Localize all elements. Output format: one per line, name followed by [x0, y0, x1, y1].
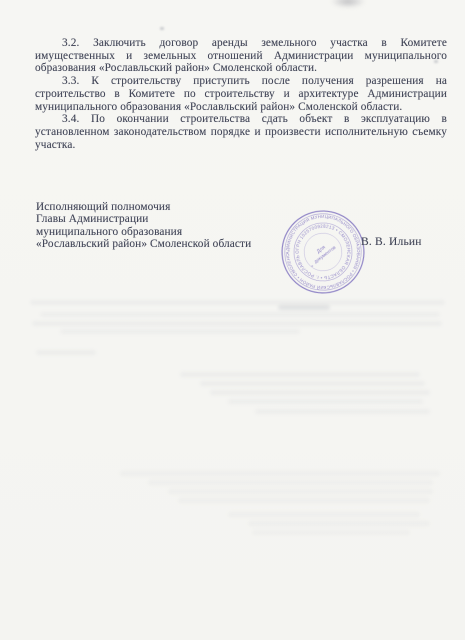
signature-block: Исполняющий полномочия Главы Администрац…	[36, 201, 286, 250]
text-line: строительство в Комитете по строительств…	[35, 88, 447, 101]
bleedthrough-row	[32, 321, 442, 326]
bleedthrough-row	[120, 471, 440, 476]
bleedthrough-row	[180, 372, 420, 377]
text-line: муниципального образования «Рославльский…	[35, 101, 447, 114]
text-line: 3.4. По окончании строительства сдать об…	[35, 113, 447, 126]
bleedthrough-row	[278, 305, 330, 310]
bleedthrough-row	[168, 489, 433, 494]
bleedthrough-row	[40, 312, 440, 317]
document-body: 3.2. Заключить договор аренды земельного…	[35, 37, 447, 151]
official-stamp-seal: АДМИНИСТРАЦИЯ МУНИЦИПАЛЬНОГО ОБРАЗОВАНИЯ…	[274, 203, 372, 301]
signature-title-line: Исполняющий полномочия	[36, 201, 286, 213]
text-line: 3.2. Заключить договор аренды земельного…	[35, 37, 447, 50]
paragraph-3-3: 3.3. К строительству приступить после по…	[35, 75, 447, 113]
signatory-name: В. В. Ильин	[361, 236, 422, 248]
document-page: 3.2. Заключить договор аренды земельного…	[0, 0, 465, 640]
bleedthrough-row	[228, 512, 420, 517]
text-line: 3.3. К строительству приступить после по…	[35, 75, 447, 88]
text-line: образования «Рославльский район» Смоленс…	[35, 62, 447, 75]
stamp-svg: АДМИНИСТРАЦИЯ МУНИЦИПАЛЬНОГО ОБРАЗОВАНИЯ…	[274, 203, 372, 301]
scan-speck	[160, 27, 164, 30]
bleedthrough-row	[60, 329, 300, 334]
paragraph-3-4: 3.4. По окончании строительства сдать об…	[35, 113, 447, 151]
bleedthrough-row	[200, 381, 425, 386]
paragraph-3-2: 3.2. Заключить договор аренды земельного…	[35, 37, 447, 75]
bleedthrough-row	[248, 521, 430, 526]
bleedthrough-row	[30, 300, 445, 305]
scan-smudge	[330, 0, 366, 8]
bleedthrough-row	[252, 530, 410, 535]
text-line: участка.	[35, 139, 447, 152]
signature-title-line: «Рославльский район» Смоленской области	[36, 238, 286, 250]
signature-title-line: муниципального образования	[36, 226, 286, 238]
bleedthrough-row	[210, 390, 430, 395]
bleedthrough-row	[255, 409, 430, 414]
bleedthrough-row	[228, 399, 423, 404]
signature-title-line: Главы Администрации	[36, 213, 286, 225]
bleedthrough-row	[148, 480, 433, 485]
text-line: установленном законодательством порядке …	[35, 126, 447, 139]
bleedthrough-row	[36, 350, 96, 355]
bleedthrough-row	[178, 498, 430, 503]
text-line: имущественных и земельных отношений Адми…	[35, 50, 447, 63]
